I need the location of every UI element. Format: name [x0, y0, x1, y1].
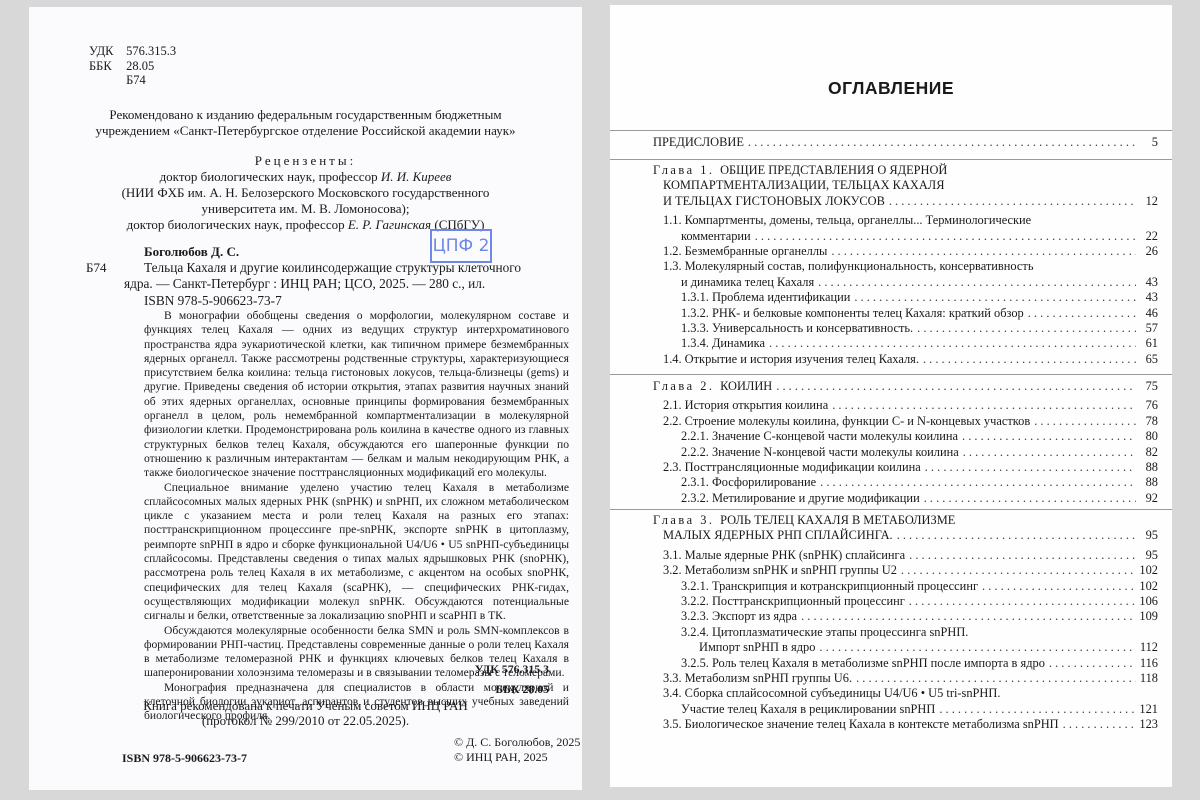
- toc-entry-title: МАЛЫХ ЯДЕРНЫХ РНП СПЛАЙСИНГА.: [663, 528, 893, 543]
- leader-dots: [801, 609, 1135, 624]
- toc-entry-title: 2.3.2. Метилирование и другие модификаци…: [681, 491, 920, 506]
- toc-page-number: 95: [1140, 548, 1158, 563]
- leader-dots: [909, 594, 1136, 609]
- toc-entry-title: 1.4. Открытие и история изучения телец К…: [663, 352, 919, 367]
- toc-chapter-1: Глава 1. ОБЩИЕ ПРЕДСТАВЛЕНИЯ О ЯДЕРНОЙКО…: [653, 163, 1158, 367]
- divider: [610, 374, 1172, 375]
- chapter-title: РОЛЬ ТЕЛЕЦ КАХАЛЯ В МЕТАБОЛИЗМЕ: [720, 513, 955, 527]
- toc-entry-line: 2.3.1. Фосфорилирование88: [653, 475, 1158, 490]
- toc-page-number: 57: [1140, 321, 1158, 336]
- bbk-right: ББК 28.05: [475, 679, 549, 699]
- toc-section[interactable]: 1.3.1. Проблема идентификации43: [653, 290, 1158, 305]
- toc-entry-title: 3.2. Метаболизм snРНК и snРНП группы U2: [663, 563, 897, 578]
- toc-entry-title: 3.2.3. Экспорт из ядра: [681, 609, 797, 624]
- toc-page-number: 106: [1139, 594, 1158, 609]
- toc-title: ОГЛАВЛЕНИЕ: [610, 78, 1172, 99]
- divider: [610, 159, 1172, 160]
- leader-dots: [901, 563, 1136, 578]
- udk-value: 576.315.3: [126, 44, 176, 58]
- leader-dots: [923, 352, 1136, 367]
- toc-entry-line: 3.2.2. Посттранскрипционный процессинг10…: [653, 594, 1158, 609]
- classification-block: УДК 576.315.3 ББК 28.05 Б74: [89, 44, 176, 88]
- leader-dots: [963, 445, 1136, 460]
- toc-entry-title: И ТЕЛЬЦАХ ГИСТОНОВЫХ ЛОКУСОВ: [663, 194, 885, 209]
- toc-entry-title: 1.3.2. РНК- и белковые компоненты телец …: [681, 306, 1024, 321]
- chapter-label: Глава 1.: [653, 163, 720, 177]
- toc-page-number: 5: [1140, 135, 1158, 150]
- leader-dots: [889, 194, 1136, 209]
- bbk-value: 28.05: [126, 59, 154, 73]
- toc-entry-line: 2.3. Посттрансляционные модификации коил…: [653, 460, 1158, 475]
- toc-page-number: 26: [1140, 244, 1158, 259]
- leader-dots: [924, 491, 1136, 506]
- toc-entry-line: 3.2.3. Экспорт из ядра109: [653, 609, 1158, 624]
- leader-dots: [962, 429, 1136, 444]
- author-sign: Б74: [126, 73, 146, 87]
- toc-section[interactable]: 2.2. Строение молекулы коилина, функции …: [653, 414, 1158, 429]
- toc-entry-line: МАЛЫХ ЯДЕРНЫХ РНП СПЛАЙСИНГА.95: [653, 528, 1158, 543]
- toc-page-number: 80: [1140, 429, 1158, 444]
- chapter-heading[interactable]: Глава 1. ОБЩИЕ ПРЕДСТАВЛЕНИЯ О ЯДЕРНОЙКО…: [653, 163, 1158, 209]
- toc-page-number: 46: [1140, 306, 1158, 321]
- toc-entry-line: 3.3. Метаболизм snРНП группы U6.118: [653, 671, 1158, 686]
- toc-entry-line: Глава 2. КОИЛИН75: [653, 379, 1158, 394]
- chapter-heading[interactable]: Глава 3. РОЛЬ ТЕЛЕЦ КАХАЛЯ В МЕТАБОЛИЗМЕ…: [653, 513, 1158, 544]
- right-page-contents: ОГЛАВЛЕНИЕ ПРЕДИСЛОВИЕ5 Глава 1. ОБЩИЕ П…: [610, 5, 1172, 787]
- toc-page-number: 43: [1140, 275, 1158, 290]
- leader-dots: [832, 398, 1136, 413]
- reviewers-heading: Рецензенты:: [29, 153, 582, 169]
- toc-section[interactable]: 3.1. Малые ядерные РНК (snРНК) сплайсинг…: [653, 548, 1158, 563]
- toc-section[interactable]: 3.3. Метаболизм snРНП группы U6.118: [653, 671, 1158, 686]
- divider: [610, 130, 1172, 131]
- toc-entry-title: 2.2. Строение молекулы коилина, функции …: [663, 414, 1030, 429]
- toc-page-number: 109: [1139, 609, 1158, 624]
- toc-entry-line: 1.1. Компартменты, домены, тельца, орган…: [653, 213, 1158, 228]
- reviewer-line: университета им. М. В. Ломоносова);: [29, 201, 582, 217]
- toc-section[interactable]: 1.3.3. Универсальность и консервативност…: [653, 321, 1158, 336]
- toc-entry-line: 1.3.2. РНК- и белковые компоненты телец …: [653, 306, 1158, 321]
- toc-entry-line: 3.2.4. Цитоплазматические этапы процесси…: [653, 625, 1158, 640]
- toc-entry-title: 1.2. Безмембранные органеллы: [663, 244, 827, 259]
- toc-section[interactable]: 2.3.1. Фосфорилирование88: [653, 475, 1158, 490]
- council-approval: Книга рекомендована к печати Ученым сове…: [29, 698, 582, 728]
- reviewers-block: Рецензенты: доктор биологических наук, п…: [29, 153, 582, 233]
- toc-section[interactable]: 1.1. Компартменты, домены, тельца, орган…: [653, 213, 1158, 244]
- leader-dots: [776, 379, 1136, 394]
- leader-dots: [769, 336, 1136, 351]
- toc-page-number: 116: [1140, 656, 1158, 671]
- toc-entry-title: 1.3.4. Динамика: [681, 336, 765, 351]
- toc-entry-line: 3.2.1. Транскрипция и котранскрипционный…: [653, 579, 1158, 594]
- leader-dots: [917, 321, 1136, 336]
- toc-entry-title: Глава 2. КОИЛИН: [653, 379, 772, 394]
- toc-page-number: 95: [1140, 528, 1158, 543]
- toc-section[interactable]: 3.5. Биологическое значение телец Кахала…: [653, 717, 1158, 732]
- leader-dots: [856, 671, 1136, 686]
- toc-page-number: 112: [1140, 640, 1158, 655]
- isbn: ISBN 978-5-906623-73-7: [144, 293, 282, 309]
- udk-label: УДК: [89, 44, 123, 59]
- toc-entry-title: 3.2.1. Транскрипция и котранскрипционный…: [681, 579, 978, 594]
- toc-entry-line: 3.4. Сборка сплайсосомной субъединицы U4…: [653, 686, 1158, 701]
- toc-page-number: 102: [1139, 563, 1158, 578]
- toc-page-number: 65: [1140, 352, 1158, 367]
- toc-section[interactable]: 3.2. Метаболизм snРНК и snРНП группы U21…: [653, 563, 1158, 578]
- toc-page-number: 88: [1140, 475, 1158, 490]
- toc-entry-line: 3.5. Биологическое значение телец Кахала…: [653, 717, 1158, 732]
- toc-section[interactable]: 3.2.1. Транскрипция и котранскрипционный…: [653, 579, 1158, 594]
- toc-entry-line: КОМПАРТМЕНТАЛИЗАЦИИ, ТЕЛЬЦАХ КАХАЛЯ: [653, 178, 1158, 193]
- toc-entry-line: 3.2.5. Роль телец Кахаля в метаболизме s…: [653, 656, 1158, 671]
- leader-dots: [755, 229, 1136, 244]
- leader-dots: [1034, 414, 1136, 429]
- toc-entry-title: 3.3. Метаболизм snРНП группы U6.: [663, 671, 852, 686]
- toc-entry-line: Глава 3. РОЛЬ ТЕЛЕЦ КАХАЛЯ В МЕТАБОЛИЗМЕ: [653, 513, 1158, 528]
- recommendation-text: Рекомендовано к изданию федеральным госу…: [29, 107, 582, 139]
- toc-entry-title: 1.3.1. Проблема идентификации: [681, 290, 850, 305]
- toc-section[interactable]: 3.2.3. Экспорт из ядра109: [653, 609, 1158, 624]
- toc-entry-title: 2.1. История открытия коилина: [663, 398, 828, 413]
- toc-entry-title: и динамика телец Кахаля: [681, 275, 814, 290]
- abstract-paragraph: В монографии обобщены сведения о морфоло…: [144, 309, 569, 481]
- toc-entry-title: 3.2.5. Роль телец Кахаля в метаболизме s…: [681, 656, 1045, 671]
- toc-page-number: 12: [1140, 194, 1158, 209]
- toc-section[interactable]: 2.3. Посттрансляционные модификации коил…: [653, 460, 1158, 475]
- toc-section[interactable]: 1.4. Открытие и история изучения телец К…: [653, 352, 1158, 367]
- recommendation-line: учреждением «Санкт-Петербургское отделен…: [29, 123, 582, 139]
- leader-dots: [897, 528, 1136, 543]
- toc-entry-line: 2.2.2. Значение N-концевой части молекул…: [653, 445, 1158, 460]
- toc-page-number: 43: [1140, 290, 1158, 305]
- toc-page-number: 61: [1140, 336, 1158, 351]
- toc-entry-line: 1.3.1. Проблема идентификации43: [653, 290, 1158, 305]
- toc-entry-title: 2.2.2. Значение N-концевой части молекул…: [681, 445, 959, 460]
- leader-dots: [854, 290, 1136, 305]
- toc-section[interactable]: 3.2.4. Цитоплазматические этапы процесси…: [653, 625, 1158, 656]
- reviewer-line: доктор биологических наук, профессор Е. …: [29, 217, 582, 233]
- toc-entry-line: Импорт snРНП в ядро112: [653, 640, 1158, 655]
- leader-dots: [982, 579, 1135, 594]
- toc-entry-line: комментарии22: [653, 229, 1158, 244]
- abstract-paragraph: Специальное внимание уделено участию тел…: [144, 481, 569, 624]
- toc-page-number: 92: [1140, 491, 1158, 506]
- toc-section[interactable]: 3.4. Сборка сплайсосомной субъединицы U4…: [653, 686, 1158, 717]
- toc-chapter-3: Глава 3. РОЛЬ ТЕЛЕЦ КАХАЛЯ В МЕТАБОЛИЗМЕ…: [653, 513, 1158, 733]
- toc-entry-line: и динамика телец Кахаля43: [653, 275, 1158, 290]
- biblio-code: Б74: [86, 260, 106, 276]
- toc-section[interactable]: 2.3.2. Метилирование и другие модификаци…: [653, 491, 1158, 506]
- toc-page-number: 22: [1140, 229, 1158, 244]
- toc-section[interactable]: 2.1. История открытия коилина76: [653, 398, 1158, 413]
- copyright-line: © Д. С. Боголюбов, 2025: [454, 735, 580, 750]
- toc-section[interactable]: 2.2.1. Значение С-концевой части молекул…: [653, 429, 1158, 444]
- reviewer-line: (НИИ ФХБ им. А. Н. Белозерского Московск…: [29, 185, 582, 201]
- chapter-label: Глава 3.: [653, 513, 720, 527]
- bbk-label: ББК: [89, 59, 123, 74]
- toc-chapter-2: Глава 2. КОИЛИН752.1. История открытия к…: [653, 379, 1158, 506]
- toc-preface[interactable]: ПРЕДИСЛОВИЕ5: [653, 135, 1158, 150]
- toc-entry-line: 3.2. Метаболизм snРНК и snРНП группы U21…: [653, 563, 1158, 578]
- toc-entry-line: 1.3.3. Универсальность и консервативност…: [653, 321, 1158, 336]
- toc-entry-line: 1.2. Безмембранные органеллы26: [653, 244, 1158, 259]
- toc-entry-line: Глава 1. ОБЩИЕ ПРЕДСТАВЛЕНИЯ О ЯДЕРНОЙ: [653, 163, 1158, 178]
- toc-page-number: 102: [1139, 579, 1158, 594]
- leader-dots: [1049, 656, 1136, 671]
- toc-section[interactable]: 1.3.2. РНК- и белковые компоненты телец …: [653, 306, 1158, 321]
- toc-page-number: 76: [1140, 398, 1158, 413]
- toc-section[interactable]: 1.2. Безмембранные органеллы26: [653, 244, 1158, 259]
- toc-section[interactable]: 1.3.4. Динамика61: [653, 336, 1158, 351]
- toc-entry-title: 2.2.1. Значение С-концевой части молекул…: [681, 429, 958, 444]
- toc-entry-line: И ТЕЛЬЦАХ ГИСТОНОВЫХ ЛОКУСОВ12: [653, 194, 1158, 209]
- leader-dots: [1063, 717, 1136, 732]
- toc-section[interactable]: 3.2.2. Посттранскрипционный процессинг10…: [653, 594, 1158, 609]
- toc-section[interactable]: 1.3. Молекулярный состав, полифункционал…: [653, 259, 1158, 290]
- copyright-line: © ИНЦ РАН, 2025: [454, 750, 580, 765]
- leader-dots: [939, 702, 1135, 717]
- toc-entry-title: 2.3.1. Фосфорилирование: [681, 475, 816, 490]
- toc-page-number: 82: [1140, 445, 1158, 460]
- toc-entry-title: комментарии: [681, 229, 751, 244]
- toc-entry-line: 2.2. Строение молекулы коилина, функции …: [653, 414, 1158, 429]
- toc-entry-line: 1.3.4. Динамика61: [653, 336, 1158, 351]
- divider: [610, 509, 1172, 510]
- toc-entry-line: 2.1. История открытия коилина76: [653, 398, 1158, 413]
- leader-dots: [925, 460, 1136, 475]
- toc-entry-line: 3.1. Малые ядерные РНК (snРНК) сплайсинг…: [653, 548, 1158, 563]
- chapter-title: КОИЛИН: [720, 379, 772, 393]
- toc-page-number: 88: [1140, 460, 1158, 475]
- toc-entry-line: 1.3. Молекулярный состав, полифункционал…: [653, 259, 1158, 274]
- toc-entry-line: 2.2.1. Значение С-концевой части молекул…: [653, 429, 1158, 444]
- udk-right: УДК 576.315.3: [475, 659, 549, 679]
- chapter-label: Глава 2.: [653, 379, 720, 393]
- isbn-bottom: ISBN 978-5-906623-73-7: [122, 751, 247, 766]
- toc-page-number: 78: [1140, 414, 1158, 429]
- toc-entry-title: Участие телец Кахаля в рециклировании sn…: [681, 702, 935, 717]
- toc-entry-title: 1.3.3. Универсальность и консервативност…: [681, 321, 913, 336]
- toc-entry-line: 1.4. Открытие и история изучения телец К…: [653, 352, 1158, 367]
- toc-entry-title: 3.5. Биологическое значение телец Кахала…: [663, 717, 1059, 732]
- toc-page-number: 121: [1139, 702, 1158, 717]
- toc-entry-title: 2.3. Посттрансляционные модификации коил…: [663, 460, 921, 475]
- copyright: © Д. С. Боголюбов, 2025 © ИНЦ РАН, 2025: [454, 735, 580, 764]
- leader-dots: [819, 640, 1135, 655]
- left-page-imprint: УДК 576.315.3 ББК 28.05 Б74 Рекомендован…: [29, 7, 582, 790]
- leader-dots: [831, 244, 1136, 259]
- author-name: Боголюбов Д. С.: [144, 244, 239, 260]
- toc-page-number: 123: [1139, 717, 1158, 732]
- leader-dots: [909, 548, 1136, 563]
- council-line: Книга рекомендована к печати Ученым сове…: [29, 698, 582, 713]
- toc-entry-line: 2.3.2. Метилирование и другие модификаци…: [653, 491, 1158, 506]
- chapter-heading[interactable]: Глава 2. КОИЛИН75: [653, 379, 1158, 394]
- leader-dots: [820, 475, 1136, 490]
- toc-section[interactable]: 3.2.5. Роль телец Кахаля в метаболизме s…: [653, 656, 1158, 671]
- recommendation-line: Рекомендовано к изданию федеральным госу…: [29, 107, 582, 123]
- toc-entry-title: ПРЕДИСЛОВИЕ: [653, 135, 744, 150]
- classification-right: УДК 576.315.3 ББК 28.05: [475, 659, 549, 699]
- toc-entry-line: Участие телец Кахаля в рециклировании sn…: [653, 702, 1158, 717]
- leader-dots: [818, 275, 1136, 290]
- chapter-title: ОБЩИЕ ПРЕДСТАВЛЕНИЯ О ЯДЕРНОЙ: [720, 163, 947, 177]
- toc-section[interactable]: 2.2.2. Значение N-концевой части молекул…: [653, 445, 1158, 460]
- toc-entry-title: 3.2.2. Посттранскрипционный процессинг: [681, 594, 905, 609]
- biblio-line: ядра. — Санкт-Петербург : ИНЦ РАН; ЦСО, …: [124, 276, 569, 292]
- reviewer-line: доктор биологических наук, профессор И. …: [29, 169, 582, 185]
- library-stamp: ЦПФ 2: [430, 229, 492, 263]
- leader-dots: [1028, 306, 1136, 321]
- toc-entry-title: 3.1. Малые ядерные РНК (snРНК) сплайсинг…: [663, 548, 905, 563]
- toc-page-number: 118: [1140, 671, 1158, 686]
- toc-entry-title: Импорт snРНП в ядро: [699, 640, 815, 655]
- biblio-line: Тельца Кахаля и другие коилинсодержащие …: [144, 260, 569, 276]
- council-line: (протокол № 299/2010 от 22.05.2025).: [29, 713, 582, 728]
- bibliographic-record: Тельца Кахаля и другие коилинсодержащие …: [144, 260, 569, 292]
- toc-page-number: 75: [1140, 379, 1158, 394]
